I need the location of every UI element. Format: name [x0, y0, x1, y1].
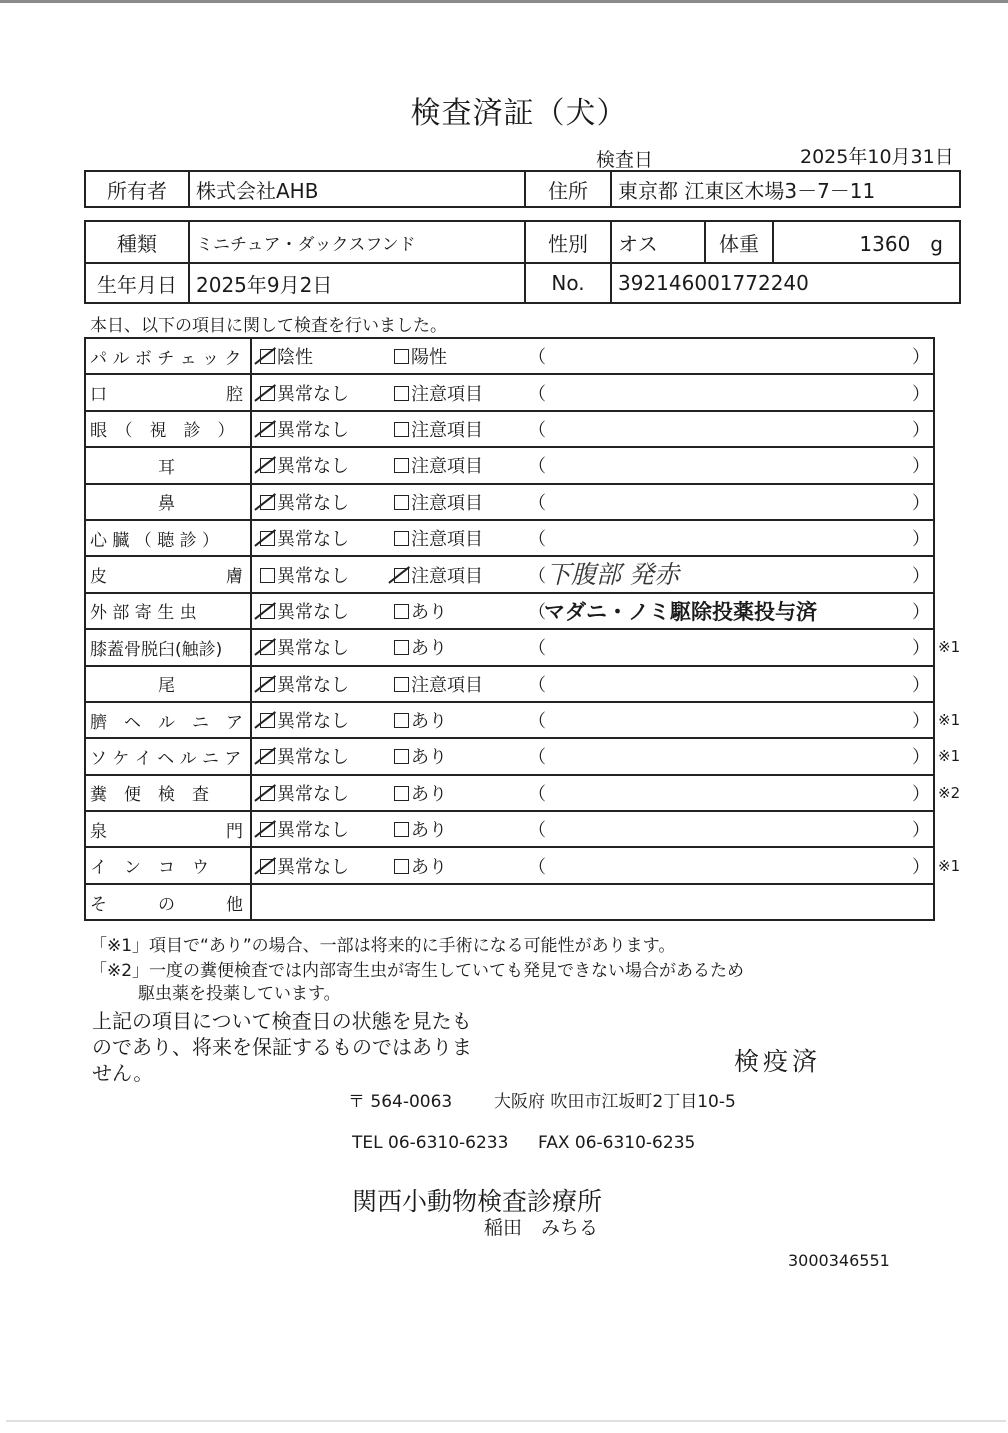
check-item-label: 外 部 寄 生 虫 [86, 594, 252, 628]
check-item-text: 耳 [90, 453, 246, 478]
sex-value: オス [611, 221, 705, 263]
weight-value: 1360 g [773, 221, 960, 263]
option-1-label: 異常なし [277, 493, 349, 514]
check-item-label: 尾 [86, 667, 252, 701]
checkbox-icon[interactable] [260, 386, 275, 401]
paren-right: ） [912, 780, 930, 806]
check-item-text: 鼻 [90, 489, 246, 514]
clinic-postal: 〒 564-0063 [348, 1087, 452, 1112]
check-item-text: 皮 膚 [90, 562, 246, 587]
option-1-label: 異常なし [277, 566, 349, 587]
check-item-text: 膝蓋骨脱臼(触診) [90, 635, 246, 660]
check-item-label: 口 腔 [86, 375, 252, 409]
footnote-2-line1: 「※2」一度の糞便検査では内部寄生虫が寄生していても発見できない場合があるため [90, 956, 744, 981]
checkbox-icon[interactable] [394, 458, 409, 473]
option-1[interactable]: 異常なし [260, 816, 349, 842]
checkbox-icon[interactable] [260, 495, 275, 510]
paren-left: （ [528, 489, 546, 515]
check-item-label: 皮 膚 [86, 557, 252, 591]
checkbox-icon[interactable] [394, 640, 409, 655]
option-2-label: 注意項目 [411, 420, 483, 441]
check-row: そ の 他 [86, 885, 933, 921]
option-2[interactable]: 注意項目 [394, 489, 483, 515]
checkbox-icon[interactable] [394, 568, 409, 583]
checkbox-icon[interactable] [260, 349, 275, 364]
option-1[interactable]: 異常なし [260, 634, 349, 660]
checkbox-icon[interactable] [260, 458, 275, 473]
paren-left: （ [528, 380, 546, 406]
check-item-label: パ ル ボ チ ェ ッ ク [86, 339, 252, 373]
option-2-label: あり [411, 820, 447, 841]
check-row: 耳異常なし注意項目（） [86, 448, 933, 484]
paren-left: （ [528, 416, 546, 442]
check-item-text: ソ ケ イ ヘ ル ニ ア [90, 744, 246, 769]
option-2-label: 陽性 [411, 347, 447, 368]
checkbox-icon[interactable] [260, 749, 275, 764]
check-row: 尾異常なし注意項目（） [86, 667, 933, 703]
option-2[interactable]: 注意項目 [394, 452, 483, 478]
paren-left: （ [528, 671, 546, 697]
option-1[interactable]: 異常なし [260, 853, 349, 879]
check-row: 臍 ヘ ル ニ ア異常なしあり（）※1 [86, 703, 933, 739]
option-1-label: 異常なし [277, 820, 349, 841]
footnote-2-line2: 駆虫薬を投薬しています。 [138, 979, 341, 1004]
option-2[interactable]: 注意項目 [394, 671, 483, 697]
checkbox-icon[interactable] [260, 568, 275, 583]
address-value: 東京都 江東区木場3－7－11 [611, 171, 960, 207]
inspection-stamp: 検疫済 [734, 1042, 821, 1078]
footnote-mark: ※1 [938, 857, 960, 875]
check-row: ソ ケ イ ヘ ル ニ ア異常なしあり（）※1 [86, 739, 933, 775]
paren-left: （ [528, 743, 546, 769]
checkbox-icon[interactable] [394, 677, 409, 692]
no-label: No. [525, 263, 611, 303]
owner-table: 所有者 株式会社AHB 住所 東京都 江東区木場3－7－11 [84, 170, 961, 208]
option-2-label: 注意項目 [411, 384, 483, 405]
checkbox-icon[interactable] [260, 713, 275, 728]
check-item-text: 外 部 寄 生 虫 [90, 598, 246, 623]
checkbox-icon[interactable] [260, 422, 275, 437]
scan-edge-top [0, 0, 1008, 3]
option-1-label: 異常なし [277, 420, 349, 441]
option-1[interactable]: 異常なし [260, 380, 349, 406]
footnote-mark: ※1 [938, 638, 960, 656]
option-2-label: あり [411, 602, 447, 623]
inspection-date: 2025年10月31日 [800, 142, 954, 169]
option-2[interactable]: あり [394, 816, 447, 842]
checkbox-icon[interactable] [260, 604, 275, 619]
check-item-label: そ の 他 [86, 885, 252, 919]
inspection-date-label: 検査日 [596, 145, 653, 172]
check-note: マダニ・ノミ駆除投薬投与済 [544, 596, 817, 626]
check-item-label: ソ ケ イ ヘ ル ニ ア [86, 739, 252, 773]
paren-left: （ [528, 853, 546, 879]
check-row: 心 臓 （ 聴 診 ）異常なし注意項目（） [86, 521, 933, 557]
check-row: イ ン コ ウ異常なしあり（）※1 [86, 848, 933, 884]
paren-right: ） [912, 452, 930, 478]
option-2[interactable]: 注意項目 [394, 562, 483, 588]
owner-label: 所有者 [85, 171, 189, 207]
footnote-mark: ※1 [938, 711, 960, 729]
option-2-label: あり [411, 857, 447, 878]
no-value: 392146001772240 [611, 263, 960, 303]
option-1[interactable]: 異常なし [260, 562, 349, 588]
checkbox-icon[interactable] [260, 786, 275, 801]
option-2[interactable]: あり [394, 780, 447, 806]
option-2-label: 注意項目 [411, 566, 483, 587]
dob-label: 生年月日 [85, 263, 189, 303]
option-1-label: 異常なし [277, 529, 349, 550]
option-1[interactable]: 異常なし [260, 525, 349, 551]
breed-label: 種類 [85, 221, 189, 263]
check-item-label: 臍 ヘ ル ニ ア [86, 703, 252, 737]
option-2[interactable]: 注意項目 [394, 525, 483, 551]
paren-right: ） [912, 634, 930, 660]
checkbox-icon[interactable] [394, 604, 409, 619]
paren-left: （ [528, 707, 546, 733]
paren-right: ） [912, 671, 930, 697]
checkbox-icon[interactable] [260, 677, 275, 692]
check-row: 糞 便 検 査異常なしあり（）※2 [86, 776, 933, 812]
paren-right: ） [912, 489, 930, 515]
doctor-name: 稲田 みちる [484, 1213, 598, 1240]
intro-text: 本日、以下の項目に関して検査を行いました。 [90, 311, 447, 336]
dob-value: 2025年9月2日 [189, 263, 525, 303]
clinic-address: 大阪府 吹田市江坂町2丁目10-5 [494, 1087, 736, 1112]
paren-right: ） [912, 707, 930, 733]
scan-edge-bottom [6, 1420, 1006, 1422]
check-row: 鼻異常なし注意項目（） [86, 485, 933, 521]
check-item-text: 心 臓 （ 聴 診 ） [90, 526, 246, 551]
check-item-text: 臍 ヘ ル ニ ア [90, 708, 246, 733]
checkbox-icon[interactable] [394, 749, 409, 764]
paren-right: ） [912, 743, 930, 769]
option-2[interactable]: 注意項目 [394, 416, 483, 442]
checks-table: パ ル ボ チ ェ ッ ク陰性陽性（）口 腔異常なし注意項目（）眼 （ 視 診 … [84, 337, 935, 921]
option-2[interactable]: あり [394, 634, 447, 660]
checkbox-icon[interactable] [394, 822, 409, 837]
address-label: 住所 [525, 171, 611, 207]
check-item-label: 心 臓 （ 聴 診 ） [86, 521, 252, 555]
check-item-text: パ ル ボ チ ェ ッ ク [90, 344, 246, 369]
option-1-label: 異常なし [277, 711, 349, 732]
checkbox-icon[interactable] [260, 531, 275, 546]
check-item-label: 耳 [86, 448, 252, 482]
check-row: 膝蓋骨脱臼(触診)異常なしあり（）※1 [86, 630, 933, 666]
option-1-label: 異常なし [277, 456, 349, 477]
option-2-label: あり [411, 711, 447, 732]
paren-left: （ [528, 634, 546, 660]
checkbox-icon[interactable] [260, 640, 275, 655]
checkbox-icon[interactable] [260, 822, 275, 837]
check-item-text: イ ン コ ウ [90, 853, 246, 878]
check-item-text: 眼 （ 視 診 ） [90, 416, 246, 441]
clinic-fax: FAX 06-6310-6235 [538, 1133, 695, 1153]
option-2-label: あり [411, 784, 447, 805]
check-item-label: 泉 門 [86, 812, 252, 846]
option-1[interactable]: 異常なし [260, 780, 349, 806]
weight-label: 体重 [705, 221, 773, 263]
option-1-label: 陰性 [277, 347, 313, 368]
footnote-mark: ※2 [938, 784, 960, 802]
check-row: 眼 （ 視 診 ）異常なし注意項目（） [86, 412, 933, 448]
check-note-handwritten: 下腹部 発赤 [546, 555, 679, 591]
option-2-label: あり [411, 747, 447, 768]
checkbox-icon[interactable] [260, 859, 275, 874]
paren-right: ） [912, 380, 930, 406]
document-title: 検査済証（犬） [0, 88, 1008, 132]
checkbox-icon[interactable] [394, 386, 409, 401]
paren-right: ） [912, 416, 930, 442]
option-2-label: 注意項目 [411, 456, 483, 477]
check-item-text: 尾 [90, 671, 246, 696]
option-1[interactable]: 異常なし [260, 489, 349, 515]
paren-left: （ [528, 452, 546, 478]
option-1-label: 異常なし [277, 675, 349, 696]
check-item-label: 眼 （ 視 診 ） [86, 412, 252, 446]
pet-table: 種類 ミニチュア・ダックスフンド 性別 オス 体重 1360 g 生年月日 20… [84, 220, 961, 304]
option-2[interactable]: 陽性 [394, 343, 447, 369]
option-2-label: あり [411, 638, 447, 659]
checkbox-icon[interactable] [394, 422, 409, 437]
option-2-label: 注意項目 [411, 675, 483, 696]
option-1-label: 異常なし [277, 384, 349, 405]
option-1[interactable]: 異常なし [260, 671, 349, 697]
paren-left: （ [528, 525, 546, 551]
option-1-label: 異常なし [277, 857, 349, 878]
option-1[interactable]: 異常なし [260, 452, 349, 478]
option-2-label: 注意項目 [411, 493, 483, 514]
check-item-label: イ ン コ ウ [86, 848, 252, 882]
option-2[interactable]: あり [394, 707, 447, 733]
paren-left: （ [528, 562, 546, 588]
paren-right: ） [912, 525, 930, 551]
option-2[interactable]: 注意項目 [394, 380, 483, 406]
paren-left: （ [528, 816, 546, 842]
option-1-label: 異常なし [277, 784, 349, 805]
paren-right: ） [912, 343, 930, 369]
check-row: 泉 門異常なしあり（） [86, 812, 933, 848]
option-2-label: 注意項目 [411, 529, 483, 550]
check-item-label: 鼻 [86, 485, 252, 519]
paren-left: （ [528, 343, 546, 369]
paren-left: （ [528, 780, 546, 806]
option-1[interactable]: 陰性 [260, 343, 313, 369]
option-1[interactable]: 異常なし [260, 416, 349, 442]
option-1-label: 異常なし [277, 602, 349, 623]
sex-label: 性別 [525, 221, 611, 263]
paren-right: ） [912, 816, 930, 842]
option-1[interactable]: 異常なし [260, 707, 349, 733]
check-item-text: そ の 他 [90, 890, 246, 915]
checkbox-icon[interactable] [394, 786, 409, 801]
option-2[interactable]: あり [394, 743, 447, 769]
option-1[interactable]: 異常なし [260, 743, 349, 769]
check-row: 外 部 寄 生 虫異常なしあり（マダニ・ノミ駆除投薬投与済） [86, 594, 933, 630]
checkbox-icon[interactable] [394, 713, 409, 728]
check-item-label: 糞 便 検 査 [86, 776, 252, 810]
checkbox-icon[interactable] [394, 531, 409, 546]
serial-number: 3000346551 [788, 1251, 890, 1270]
option-1-label: 異常なし [277, 747, 349, 768]
check-item-label: 膝蓋骨脱臼(触診) [86, 630, 252, 664]
owner-value: 株式会社AHB [189, 171, 525, 207]
checkbox-icon[interactable] [394, 859, 409, 874]
checkbox-icon[interactable] [394, 495, 409, 510]
breed-value: ミニチュア・ダックスフンド [189, 221, 525, 263]
paren-right: ） [912, 598, 930, 624]
option-2[interactable]: あり [394, 598, 447, 624]
clinic-tel: TEL 06-6310-6233 [352, 1133, 508, 1153]
option-2[interactable]: あり [394, 853, 447, 879]
check-row: 口 腔異常なし注意項目（） [86, 375, 933, 411]
check-row: 皮 膚異常なし注意項目（下腹部 発赤） [86, 557, 933, 593]
check-item-text: 口 腔 [90, 380, 246, 405]
disclaimer: 上記の項目について検査日の状態を見たものであり、将来を保証するものではありません… [92, 1008, 472, 1086]
check-item-text: 泉 門 [90, 817, 246, 842]
footnote-mark: ※1 [938, 747, 960, 765]
option-1-label: 異常なし [277, 638, 349, 659]
paren-right: ） [912, 562, 930, 588]
paren-right: ） [912, 853, 930, 879]
check-item-text: 糞 便 検 査 [90, 780, 246, 805]
checkbox-icon[interactable] [394, 349, 409, 364]
option-1[interactable]: 異常なし [260, 598, 349, 624]
footnote-1: 「※1」項目で“あり”の場合、一部は将来的に手術になる可能性があります。 [90, 931, 675, 956]
check-row: パ ル ボ チ ェ ッ ク陰性陽性（） [86, 339, 933, 375]
